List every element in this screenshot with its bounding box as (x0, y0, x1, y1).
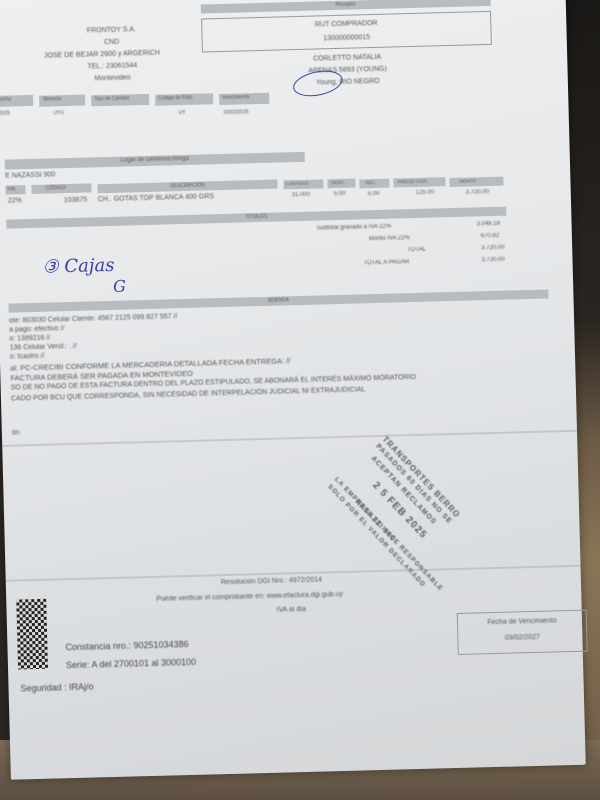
handwritten-note: ③ Cajas (42, 255, 114, 278)
th-iva: IVA (7, 186, 15, 192)
adenda-line: o: 1389216 // (9, 335, 50, 343)
receptor-city: Young, RIO NEGRO (203, 75, 493, 90)
th-desc: DESC. (331, 180, 345, 185)
issuer-phone: TEL.: 23061544 (32, 61, 192, 72)
cell-monto: 3.720.00 (466, 189, 490, 196)
value-vencimiento: 20/02/2025 (223, 109, 248, 116)
label-tipo-cambio: Tipo de Cambio (94, 95, 129, 102)
th-codigo: CÓDIGO (45, 185, 65, 192)
th-rec: REC. (365, 180, 376, 185)
label-vencimiento: Vencimiento (222, 94, 249, 101)
total-value: 3.720.00 (481, 245, 505, 252)
label-moneda: Moneda (43, 96, 61, 102)
adenda-line: o: fcastro // (10, 353, 45, 361)
th-cantidad: CANTIDAD (285, 181, 308, 187)
issuer-name: FRONTOY S.A. (31, 25, 191, 36)
paper-fold (2, 430, 577, 447)
issuer-address: JOSE DE BEJAR 2600 y ARGERICH (2, 48, 202, 60)
total-label: Monto IVA 22% (369, 235, 410, 242)
total-value: 3.049.18 (476, 221, 500, 228)
adenda-line: ote: 803030 Celular Cliente: 4567 2125 0… (9, 313, 178, 324)
iva-al-dia: IVA al día (277, 606, 307, 614)
resolucion-dgi: Resolución DGI Nro.: 4972/2014 (221, 577, 322, 587)
seguridad: Seguridad : IRAj/o (20, 682, 93, 694)
cell-codigo: 103875 (64, 197, 88, 205)
adenda-line: a pago: efectivo // (9, 325, 64, 333)
issuer-city: Montevideo (33, 73, 193, 84)
value-fecha: /2025 (0, 111, 10, 117)
value-moneda: UYU (53, 110, 64, 116)
total-value: 670.82 (481, 233, 500, 239)
total-label: TOTAL A PAGAR (363, 259, 409, 266)
cell-iva: 22% (8, 197, 22, 204)
label-fecha: Fecha (0, 96, 11, 102)
th-monto: MONTO (459, 178, 476, 183)
total-label: TOTAL (407, 247, 426, 253)
verify-url: Puede verificar el comprobante en: www.e… (156, 591, 343, 603)
cell-rec: 5.00 (368, 191, 380, 197)
invoice-paper: FRONTOY S.A. CND JOSE DE BEJAR 2600 y AR… (0, 0, 586, 780)
stamp-line: PASADOS 60 DIAS NO SE (374, 443, 453, 526)
cell-precio: 125.00 (416, 189, 435, 195)
handwritten-initial: G (113, 277, 126, 296)
th-precio: PRECIO C/IVA (397, 179, 427, 185)
value-codigo-pais: UY (178, 110, 185, 116)
cell-descripcion: CH.. GOTAS TOP BLANCA 400 GRS (98, 193, 214, 203)
adenda-line: 136 Celular Vend.: . // (10, 343, 77, 352)
cell-desc: 5.00 (334, 191, 346, 197)
label-codigo-pais: Código de País (158, 95, 192, 102)
delivery-address: E NAZASSI 900 (5, 171, 55, 179)
total-value: 3.720.00 (481, 257, 505, 264)
total-label: Subtotal gravado a IVA 22% (317, 224, 392, 232)
issuer-sub: CND (32, 37, 192, 48)
cell-cantidad: 31.000 (292, 192, 311, 198)
serie: Serie: A del 2700101 al 3000100 (66, 657, 196, 670)
adenda-line: ón (12, 429, 20, 436)
qr-code (16, 599, 48, 670)
constancia: Constancia nro.: 90251034386 (65, 639, 188, 652)
